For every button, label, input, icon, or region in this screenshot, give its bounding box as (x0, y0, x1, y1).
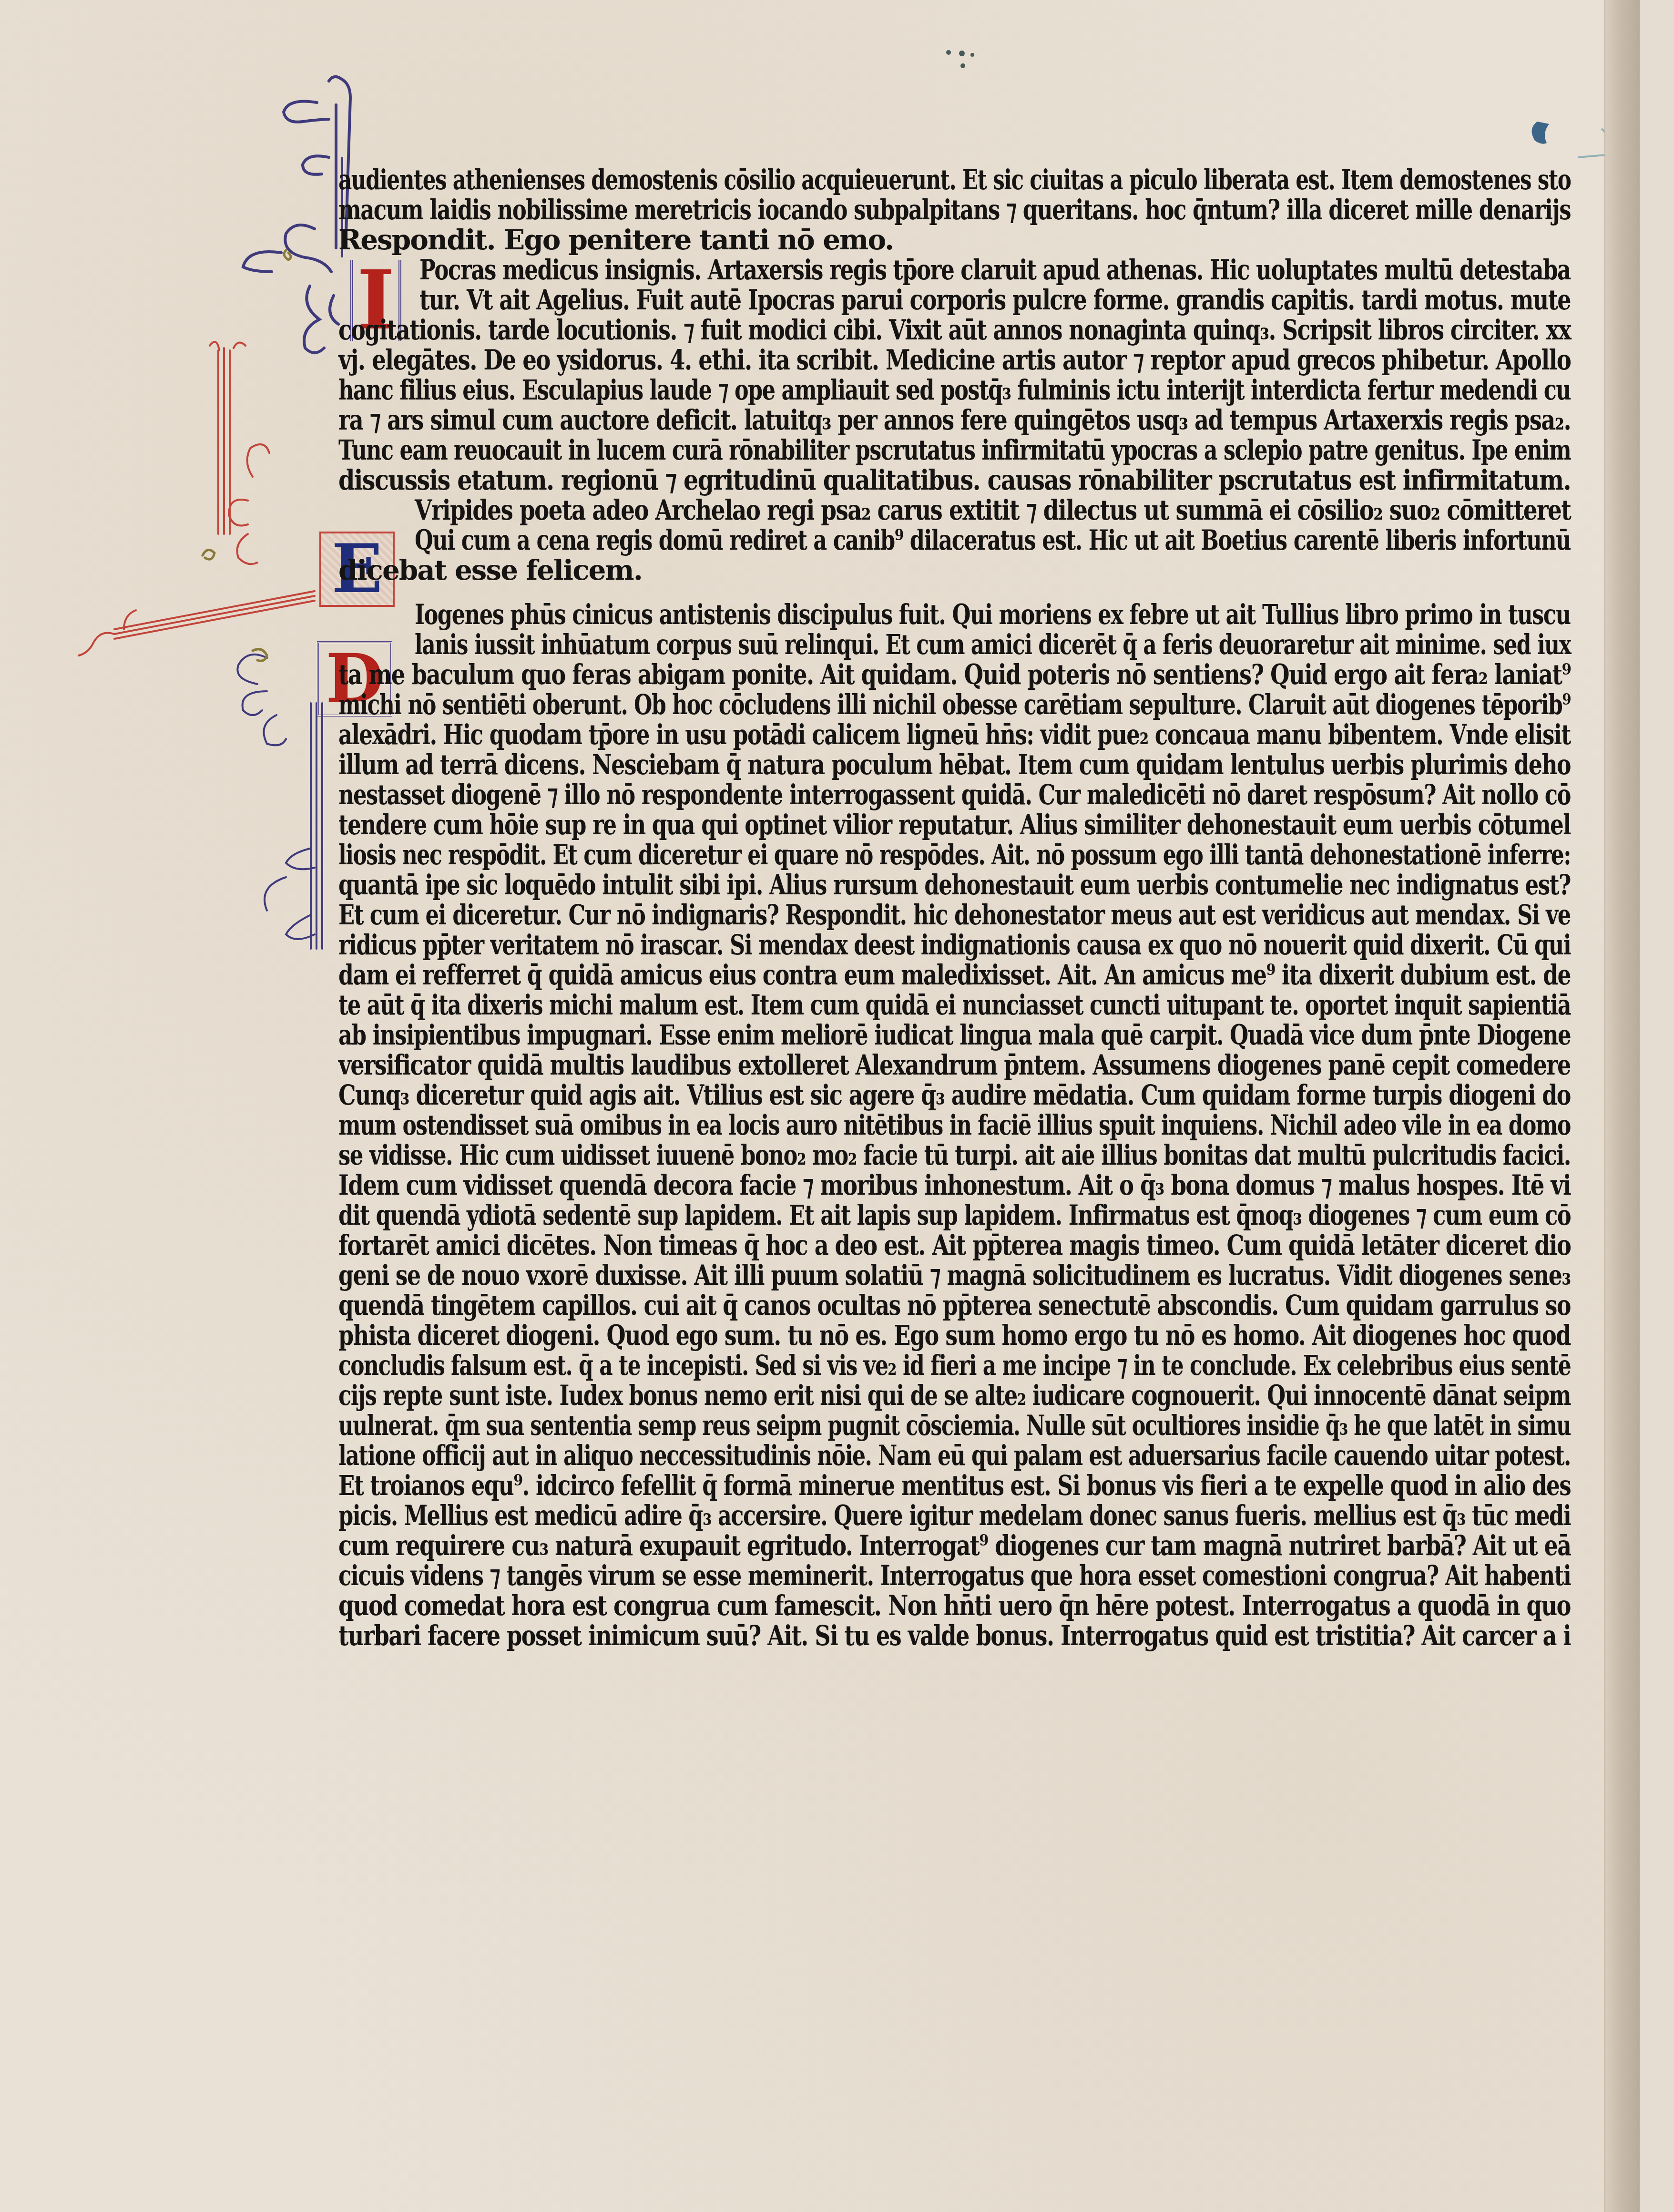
text-line: Cunq₃ diceretur quid agis ait. Vtilius e… (338, 1080, 1571, 1110)
text-line: discussis etatum. regionū ⁊ egritudinū q… (338, 465, 1571, 495)
text-line: michi nō sentiēti oberunt. Ob hoc cōclud… (338, 689, 1571, 720)
text-line: Vripides poeta adeo Archelao regi psa₂ c… (415, 495, 1571, 525)
text-line: tendere cum hōie sup re in qua qui optin… (338, 809, 1571, 840)
text-line: nestasset diogenē ⁊ illo nō respondente … (338, 779, 1571, 810)
text-line: concludis falsum est. q̄ a te incepisti.… (338, 1350, 1571, 1381)
text-line: ridicus pp̄ter veritatem nō irascar. Si … (338, 930, 1571, 960)
text-line: liosis nec respōdit. Et cum diceretur ei… (338, 840, 1571, 870)
page-edge (1604, 0, 1640, 2212)
text-line: quantā ipe sic loquēdo intulit sibi ipi.… (338, 870, 1571, 900)
text-line: illum ad terrā dicens. Nesciebam q̄ natu… (338, 749, 1571, 780)
text-line: dicebat esse felicem. (338, 555, 642, 585)
text-line: Idem cum vidisset quendā decora facie ⁊ … (338, 1170, 1571, 1200)
text-line: macum laidis nobilissime meretricis ioca… (338, 195, 1571, 225)
text-line: dit quendā ydiotā sedentē sup lapidem. E… (338, 1200, 1571, 1230)
text-line: cicuis videns ⁊ tangēs virum se esse mem… (338, 1560, 1571, 1591)
text-line: lanis iussit inhūatum corpus suū relinqu… (415, 629, 1571, 660)
text-line: versificator quidā multis laudibus extol… (338, 1050, 1571, 1080)
text-line: geni se de nouo vxorē duxisse. Ait illi … (338, 1260, 1571, 1290)
text-line: Iogenes phūs cinicus antistenis discipul… (415, 599, 1571, 630)
text-line: tur. Vt ait Agelius. Fuit autē Ipocras p… (419, 285, 1571, 315)
text-line: Et cum ei diceretur. Cur nō indignaris? … (338, 900, 1571, 930)
text-line: cogitationis. tarde locutionis. ⁊ fuit m… (338, 315, 1571, 345)
text-line: phista diceret diogeni. Quod ego sum. tu… (338, 1320, 1571, 1351)
text-line: quendā tingētem capillos. cui ait q̄ can… (338, 1290, 1571, 1321)
text-line: Et troianos equ⁹. idcirco fefellit q̄ fo… (338, 1470, 1571, 1501)
text-line: Tunc eam reuocauit in lucem curā rōnabil… (338, 435, 1571, 465)
text-line: cum requirere cu₃ naturā exupauit egritu… (338, 1530, 1571, 1561)
text-line: alexādri. Hic quodam tp̄ore in usu potād… (338, 719, 1571, 750)
text-line: mum ostendisset suā omibus in ea locis a… (338, 1110, 1571, 1140)
manuscript-page: I E D audientes athenienses demostenis c… (0, 0, 1640, 2212)
text-line: se vidisse. Hic cum uidisset iuuenē bono… (338, 1140, 1571, 1170)
text-line: ta me baculum quo feras abigam ponite. A… (338, 659, 1571, 690)
text-line: vj. elegātes. De eo ysidorus. 4. ethi. i… (338, 345, 1571, 375)
text-line: cijs repte sunt iste. Iudex bonus nemo e… (338, 1380, 1571, 1411)
text-line: te aūt q̄ ita dixeris michi malum est. I… (338, 990, 1571, 1020)
text-line: fortarēt amici dicētes. Non timeas q̄ ho… (338, 1230, 1571, 1260)
text-line: Respondit. Ego penitere tanti nō emo. (338, 225, 893, 255)
text-line: audientes athenienses demostenis cōsilio… (338, 164, 1571, 195)
text-line: latione officij aut in aliquo neccessitu… (338, 1440, 1571, 1471)
text-line: turbari facere posset inimicum suū? Ait.… (338, 1620, 1571, 1651)
text-line: picis. Mellius est medicū adire q̄₃ acce… (338, 1500, 1571, 1531)
text-line: uulnerat. q̄m sua sententia semp reus se… (338, 1410, 1571, 1441)
text-line: quod comedat hora est congrua cum famesc… (338, 1590, 1571, 1621)
text-line: Pocras medicus insignis. Artaxersis regi… (419, 255, 1571, 285)
text-line: hanc filius eius. Esculapius laude ⁊ ope… (338, 375, 1571, 405)
text-line: Qui cum a cena regis domū rediret a cani… (415, 525, 1571, 555)
text-line: ra ⁊ ars simul cum auctore deficit. latu… (338, 405, 1571, 435)
text-line: dam ei refferret q̄ quidā amicus eius co… (338, 960, 1571, 990)
text-line: ab insipientibus impugnari. Esse enim me… (338, 1020, 1571, 1050)
